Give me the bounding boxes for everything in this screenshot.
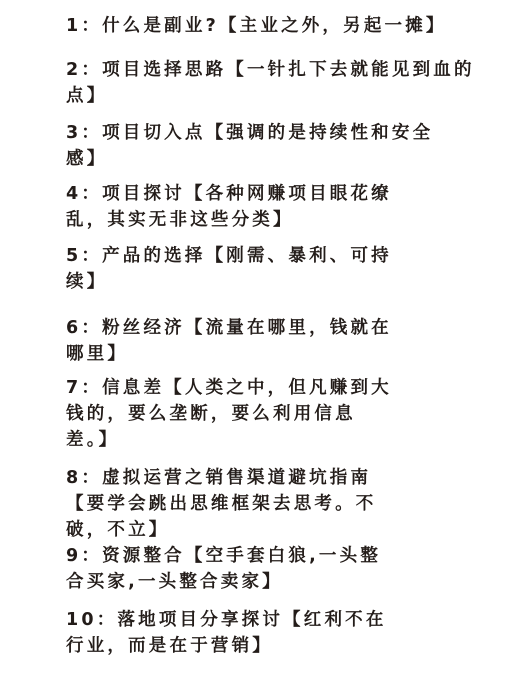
outline-item-10-line-2: 行业，而是在于营销】: [66, 633, 387, 659]
outline-item-2-line-2: 点】: [66, 83, 475, 109]
outline-item-5: 5：产品的选择【刚需、暴利、可持 续】: [66, 243, 392, 295]
outline-item-3: 3：项目切入点【强调的是持续性和安全 感】: [66, 120, 433, 172]
outline-item-4: 4：项目探讨【各种网赚项目眼花缭 乱，其实无非这些分类】: [66, 181, 392, 233]
outline-item-7: 7：信息差【人类之中，但凡赚到大 钱的，要么垄断，要么利用信息 差。】: [66, 375, 392, 453]
outline-item-2: 2：项目选择思路【一针扎下去就能见到血的 点】: [66, 57, 475, 109]
outline-item-9: 9：资源整合【空手套白狼,一头整 合买家,一头整合卖家】: [66, 543, 381, 595]
outline-item-3-line-1: 3：项目切入点【强调的是持续性和安全: [66, 120, 433, 146]
outline-item-10-line-1: 10：落地项目分享探讨【红利不在: [66, 607, 387, 633]
outline-item-8-line-2: 【要学会跳出思维框架去思考。不: [66, 491, 377, 517]
outline-item-8: 8：虚拟运营之销售渠道避坑指南 【要学会跳出思维框架去思考。不 破，不立】: [66, 465, 377, 543]
outline-item-10: 10：落地项目分享探讨【红利不在 行业，而是在于营销】: [66, 607, 387, 659]
outline-item-5-line-2: 续】: [66, 269, 392, 295]
outline-item-1: 1：什么是副业?【主业之外，另起一摊】: [66, 13, 447, 39]
outline-item-7-line-1: 7：信息差【人类之中，但凡赚到大: [66, 375, 392, 401]
outline-item-7-line-3: 差。】: [66, 427, 392, 453]
outline-item-4-line-1: 4：项目探讨【各种网赚项目眼花缭: [66, 181, 392, 207]
outline-item-6-line-2: 哪里】: [66, 341, 392, 367]
outline-item-9-line-1: 9：资源整合【空手套白狼,一头整: [66, 543, 381, 569]
outline-item-4-line-2: 乱，其实无非这些分类】: [66, 207, 392, 233]
outline-item-9-line-2: 合买家,一头整合卖家】: [66, 569, 381, 595]
outline-item-3-line-2: 感】: [66, 146, 433, 172]
outline-item-8-line-1: 8：虚拟运营之销售渠道避坑指南: [66, 465, 377, 491]
outline-item-5-line-1: 5：产品的选择【刚需、暴利、可持: [66, 243, 392, 269]
outline-item-2-line-1: 2：项目选择思路【一针扎下去就能见到血的: [66, 57, 475, 83]
outline-item-6-line-1: 6：粉丝经济【流量在哪里，钱就在: [66, 315, 392, 341]
outline-item-1-line-1: 1：什么是副业?【主业之外，另起一摊】: [66, 13, 447, 39]
outline-item-8-line-3: 破，不立】: [66, 517, 377, 543]
outline-item-7-line-2: 钱的，要么垄断，要么利用信息: [66, 401, 392, 427]
outline-item-6: 6：粉丝经济【流量在哪里，钱就在 哪里】: [66, 315, 392, 367]
